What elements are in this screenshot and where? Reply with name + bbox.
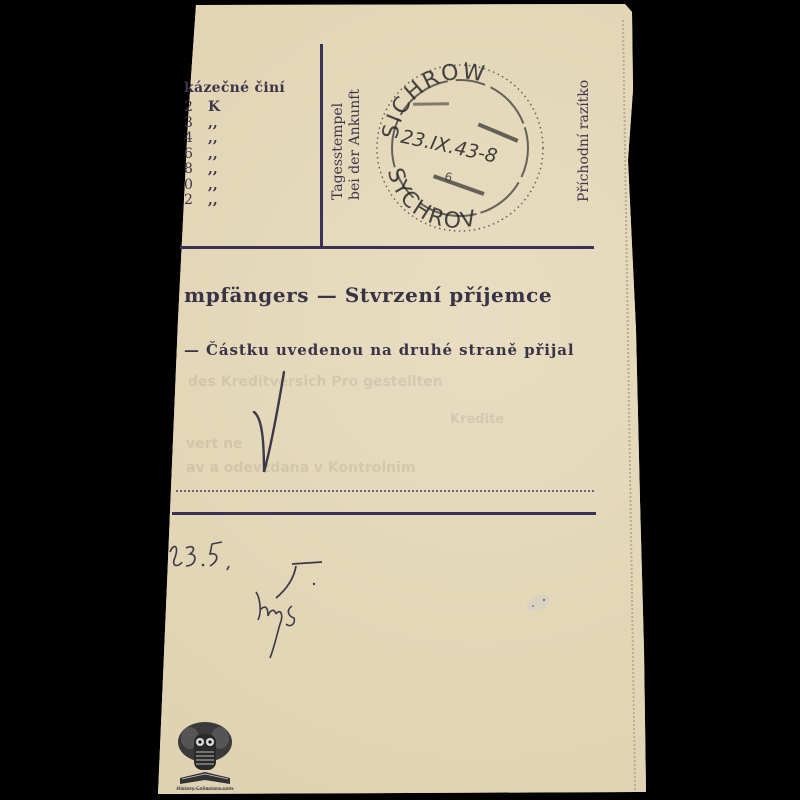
fee-unit: ,, (208, 193, 218, 209)
fee-digit: 2 (184, 193, 208, 209)
upper-section-rule (180, 246, 594, 249)
paper-blemish (524, 592, 554, 614)
fee-unit: K (208, 100, 220, 116)
postmark-date: 23.IX.43-8 (399, 126, 499, 168)
watermark-caption: History Collectors.com (170, 786, 240, 792)
show-through-line-4: av a odevzdana v Kontrolnim (186, 460, 416, 476)
postmark-bottom-text: SYCHROV (372, 161, 490, 241)
fee-table: 2K3,,4,,6,,8,,0,,2,, (184, 100, 220, 209)
fee-table-heading: kázečné činí (184, 80, 285, 96)
fee-digit: 3 (184, 116, 208, 132)
fee-digit: 2 (184, 100, 208, 116)
receipt-title: mpfängers — Stvrzení příjemce (184, 283, 552, 307)
fee-unit: ,, (208, 147, 218, 163)
svg-text:SYCHROV: SYCHROV (372, 161, 490, 241)
owl-on-book-logo-icon (170, 712, 240, 794)
fee-unit: ,, (208, 178, 218, 194)
postmark-stamp: SICHROW SYCHROV 23.IX.43-8 6 (365, 53, 555, 243)
show-through-line-1: des Kreditversich Pro gestellten (188, 374, 443, 390)
receipt-subtitle: — Částku uvedenou na druhé straně přijal (184, 341, 574, 359)
fee-row: 8,, (184, 162, 220, 178)
fee-row: 2K (184, 100, 220, 116)
handwritten-signature (246, 558, 336, 668)
fee-row: 0,, (184, 178, 220, 194)
stamp-box-divider (320, 44, 323, 248)
fee-digit: 4 (184, 131, 208, 147)
stamp-label-german-line2: bei der Ankunft (347, 89, 364, 200)
fee-unit: ,, (208, 162, 218, 178)
stamp-label-german: Tagesstempel bei der Ankunft (330, 89, 364, 200)
fee-digit: 0 (184, 178, 208, 194)
fee-row: 6,, (184, 147, 220, 163)
stamp-label-czech: Příchodní razítko (576, 80, 593, 202)
handwritten-date (166, 538, 246, 588)
stamp-label-german-line1: Tagesstempel (330, 89, 347, 200)
signature-dotted-line (176, 490, 594, 492)
fee-row: 3,, (184, 116, 220, 132)
show-through-line-2: Kredite (450, 412, 504, 427)
handwritten-checkmark (240, 370, 300, 480)
fee-row: 4,, (184, 131, 220, 147)
fee-digit: 6 (184, 147, 208, 163)
lower-section-rule (172, 512, 596, 515)
fee-unit: ,, (208, 131, 218, 147)
fee-digit: 8 (184, 162, 208, 178)
show-through-line-3: vert ne (186, 436, 243, 452)
fee-row: 2,, (184, 193, 220, 209)
fee-unit: ,, (208, 116, 218, 132)
